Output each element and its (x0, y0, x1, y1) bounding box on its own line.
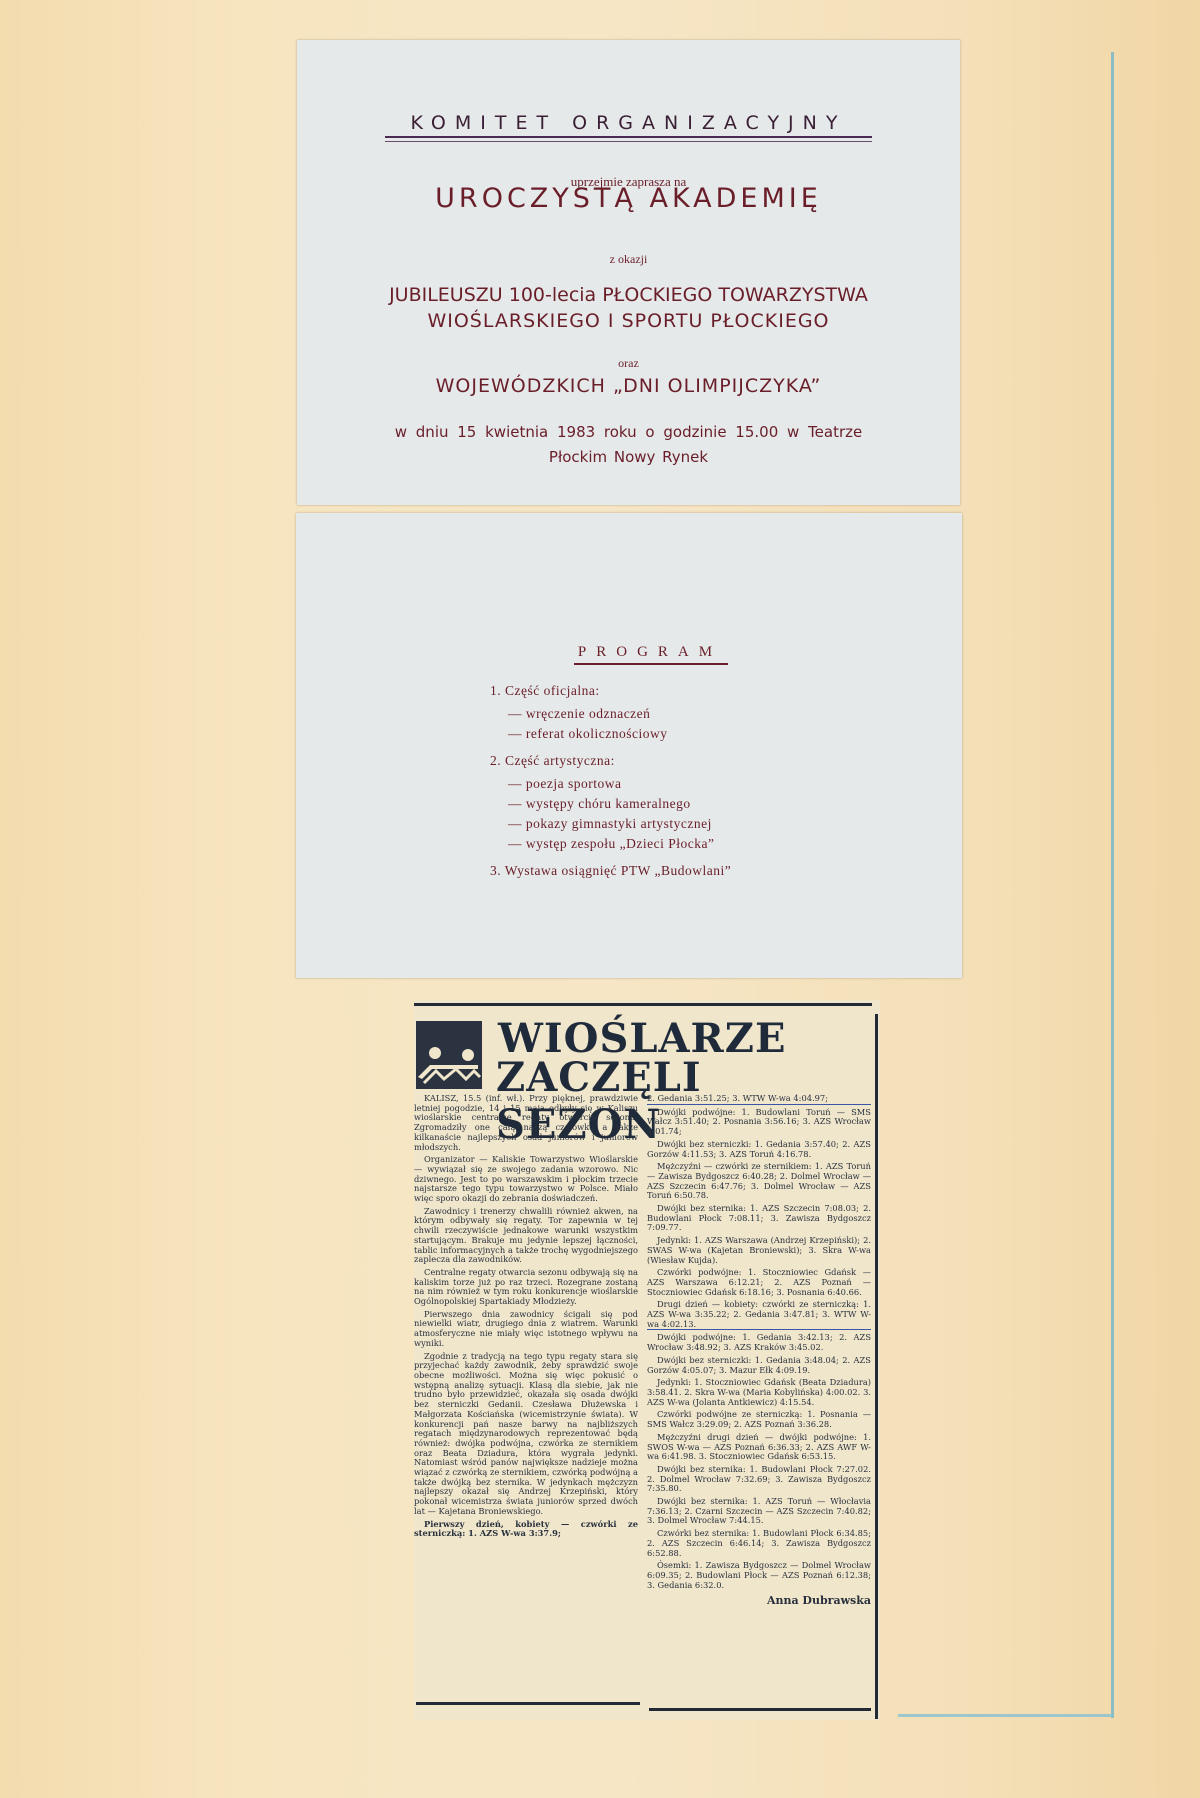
article-column-2: 2. Gedania 3:51.25; 3. WTW W-wa 4:04.97;… (647, 1094, 871, 1606)
clipping-top-rule (414, 1003, 872, 1006)
results-paragraph: Dwójki bez sternika: 1. AZS Szczecin 7:0… (647, 1204, 871, 1233)
and-text: oraz (297, 356, 960, 371)
program-item: — pokazy gimnastyki artystycznej (508, 816, 712, 832)
article-paragraph: Organizator — Kaliskie Towarzystwo Wiośl… (414, 1155, 638, 1204)
jubilee-line-1: JUBILEUSZU 100-lecia PŁOCKIEGO TOWARZYST… (297, 284, 960, 306)
results-paragraph: Ósemki: 1. Zawisza Bydgoszcz — Dolmel Wr… (647, 1561, 871, 1590)
results-paragraph: Dwójki bez sternika: 1. AZS Toruń — Włoc… (647, 1497, 871, 1526)
program-item: — referat okolicznościowy (508, 726, 667, 742)
program-title: PROGRAM (574, 644, 726, 661)
date-line-2: Płockim Nowy Rynek (297, 448, 960, 466)
results-paragraph: Czwórki podwójne: 1. Stoczniowiec Gdańsk… (647, 1268, 871, 1297)
jubilee-line-2: WIOŚLARSKIEGO I SPORTU PŁOCKIEGO (297, 310, 960, 332)
article-paragraph: Zawodnicy i trenerzy chwalili również ak… (414, 1207, 638, 1265)
results-paragraph: Jedynki: 1. AZS Warszawa (Andrzej Krzepi… (647, 1236, 871, 1265)
program-item: — wręczenie odznaczeń (508, 706, 650, 722)
article-column-1: KALISZ, 15.5 (inf. wł.). Przy pięknej, p… (414, 1094, 638, 1542)
article-paragraph: KALISZ, 15.5 (inf. wł.). Przy pięknej, p… (414, 1094, 638, 1152)
results-paragraph: Czwórki bez sternika: 1. Budowlani Płock… (647, 1529, 871, 1558)
clipping-bottom-rule-left (416, 1702, 640, 1705)
results-paragraph: Mężczyźni drugi dzień — dwójki podwójne:… (647, 1433, 871, 1462)
invitation-card: KOMITET ORGANIZACYJNY uprzejmie zaprasza… (297, 40, 960, 505)
program-item: — występy chóru kameralnego (508, 796, 691, 812)
program-item: 2. Część artystyczna: (490, 753, 615, 769)
blue-marker-line-horizontal (898, 1714, 1112, 1717)
results-paragraph: Dwójki bez sternika: 1. Budowlani Płock … (647, 1465, 871, 1494)
program-card: PROGRAM 1. Część oficjalna: — wręczenie … (296, 513, 962, 978)
program-item: 1. Część oficjalna: (490, 683, 600, 699)
occasion-intro: z okazji (297, 252, 960, 267)
blue-marker-line-vertical (1111, 52, 1114, 1718)
date-line-1: w dniu 15 kwietnia 1983 roku o godzinie … (385, 423, 872, 441)
article-paragraph: Zgodnie z tradycją na tego typu regaty s… (414, 1352, 638, 1517)
article-paragraph: Pierwszego dnia zawodnicy ścigali się po… (414, 1310, 638, 1349)
program-item: — poezja sportowa (508, 776, 621, 792)
results-paragraph: Dwójki podwójne: 1. Budowlani Toruń — SM… (647, 1108, 871, 1137)
olympian-days-title: WOJEWÓDZKICH „DNI OLIMPIJCZYKA” (297, 375, 960, 397)
article-author: Anna Dubrawska (647, 1596, 871, 1606)
results-paragraph: Dwójki bez sterniczki: 1. Gedania 3:57.4… (647, 1140, 871, 1159)
results-paragraph: Drugi dzień — kobiety: czwórki ze sterni… (647, 1300, 871, 1330)
committee-heading: KOMITET ORGANIZACYJNY (385, 112, 872, 134)
rowing-logo-icon (416, 1021, 482, 1089)
newspaper-clipping: WIOŚLARZE ZACZĘLI SEZON KALISZ, 15.5 (in… (414, 1000, 880, 1720)
article-paragraph: Centralne regaty otwarcia sezonu odbywaj… (414, 1268, 638, 1307)
results-paragraph: Mężczyźni — czwórki ze sternikiem: 1. AZ… (647, 1162, 871, 1201)
clipping-bottom-rule-right (649, 1708, 871, 1711)
ceremony-title: UROCZYSTĄ AKADEMIĘ (297, 183, 960, 214)
results-paragraph: Czwórki podwójne ze sterniczką: 1. Posna… (647, 1410, 871, 1429)
double-rule-top (385, 136, 872, 138)
program-title-underline (574, 663, 728, 665)
program-item: 3. Wystawa osiągnięć PTW „Budowlani” (490, 863, 731, 879)
results-paragraph: Dwójki bez sterniczki: 1. Gedania 3:48.0… (647, 1356, 871, 1375)
results-paragraph: Jedynki: 1. Stoczniowiec Gdańsk (Beata D… (647, 1378, 871, 1407)
double-rule-bottom (385, 141, 872, 142)
results-paragraph: 2. Gedania 3:51.25; 3. WTW W-wa 4:04.97; (647, 1094, 871, 1105)
results-paragraph: Dwójki podwójne: 1. Gedania 3:42.13; 2. … (647, 1333, 871, 1352)
program-item: — występ zespołu „Dzieci Płocka” (508, 836, 714, 852)
article-paragraph: Pierwszy dzień, kobiety — czwórki ze ste… (414, 1520, 638, 1539)
